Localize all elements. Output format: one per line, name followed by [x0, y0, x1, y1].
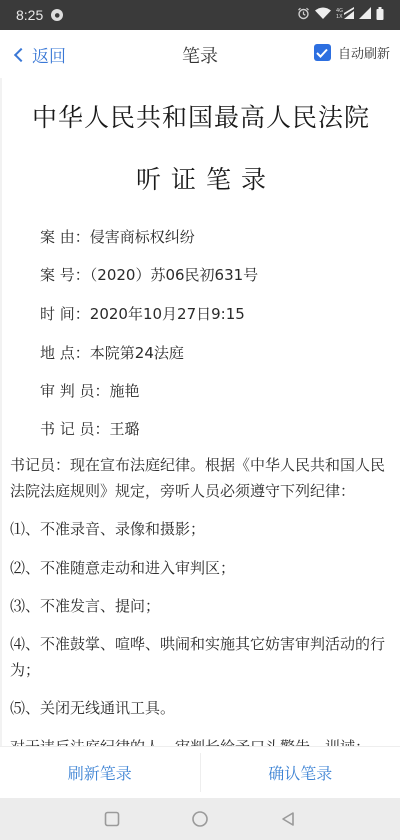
4g-data-icon: 4G1X: [336, 7, 354, 23]
checkmark-icon: [316, 48, 328, 58]
nav-bar: 返回 笔录 自动刷新: [0, 30, 400, 78]
paragraph-rule-4: ⑷、不准鼓掌、喧哗、哄闹和实施其它妨害审判活动的行为；: [10, 631, 398, 683]
battery-icon: [376, 7, 384, 24]
confirm-record-button[interactable]: 确认笔录: [201, 747, 400, 798]
field-value: 王璐: [110, 420, 140, 438]
field-case-number: 案 号：（2020）苏06民初631号: [40, 264, 258, 285]
paragraph-court-discipline: 书记员：现在宣布法庭纪律。根据《中华人民共和国人民法院法庭规则》规定，旁听人员必…: [10, 452, 398, 504]
paragraph-rule-2: ⑵、不准随意走动和进入审判区；: [10, 555, 398, 581]
refresh-record-button[interactable]: 刷新笔录: [0, 747, 200, 798]
paragraph-rule-1: ⑴、不准录音、录像和摄影；: [10, 516, 398, 542]
document-subtitle: 听证笔录: [2, 160, 400, 196]
status-time: 8:25: [16, 7, 43, 23]
field-time: 时 间：2020年10月27日9:15: [40, 303, 245, 324]
back-button[interactable]: 返回: [14, 42, 66, 67]
field-value: 施艳: [110, 382, 140, 400]
field-case-cause: 案 由：侵害商标权纠纷: [40, 226, 195, 247]
auto-refresh-toggle[interactable]: 自动刷新: [314, 43, 390, 62]
back-label: 返回: [32, 42, 66, 67]
field-clerk: 书 记 员：王璐: [40, 418, 140, 439]
document-content[interactable]: 中华人民共和国最高人民法院 听证笔录 案 由：侵害商标权纠纷 案 号：（2020…: [0, 78, 400, 746]
system-nav-bar: [0, 798, 400, 840]
app-notification-icon: ●: [51, 9, 63, 21]
paragraph-rule-3: ⑶、不准发言、提问；: [10, 593, 398, 619]
wifi-icon: [315, 7, 331, 23]
status-icons: 4G1X: [297, 7, 384, 24]
signal-icon: [359, 7, 371, 23]
status-bar: 8:25 ● 4G1X: [0, 0, 400, 30]
paragraph-rule-5: ⑸、关闭无线通讯工具。: [10, 695, 398, 721]
field-value: （2020）苏06民初631号: [90, 266, 258, 284]
svg-text:1X: 1X: [336, 14, 343, 19]
field-judge: 审 判 员：施艳: [40, 380, 140, 401]
field-label: 时 间：: [40, 305, 90, 323]
alarm-icon: [297, 7, 310, 24]
field-label: 案 号：: [40, 266, 90, 284]
field-location: 地 点：本院第24法庭: [40, 342, 184, 363]
field-label: 案 由：: [40, 228, 90, 246]
field-value: 本院第24法庭: [90, 344, 184, 362]
bottom-action-bar: 刷新笔录 确认笔录: [0, 746, 400, 798]
home-icon[interactable]: [188, 807, 212, 831]
field-label: 审 判 员：: [40, 382, 110, 400]
auto-refresh-label: 自动刷新: [338, 43, 390, 62]
field-value: 2020年10月27日9:15: [90, 305, 245, 323]
chevron-left-icon: [14, 47, 28, 61]
auto-refresh-checkbox[interactable]: [314, 44, 331, 61]
document-title: 中华人民共和国最高人民法院: [2, 98, 400, 134]
field-label: 地 点：: [40, 344, 90, 362]
recent-apps-icon[interactable]: [100, 807, 124, 831]
back-icon[interactable]: [276, 807, 300, 831]
field-value: 侵害商标权纠纷: [90, 228, 195, 246]
field-label: 书 记 员：: [40, 420, 110, 438]
paragraph-violation: 对于违反法庭纪律的人，审判长给予口头警告、训诫；: [10, 734, 398, 746]
